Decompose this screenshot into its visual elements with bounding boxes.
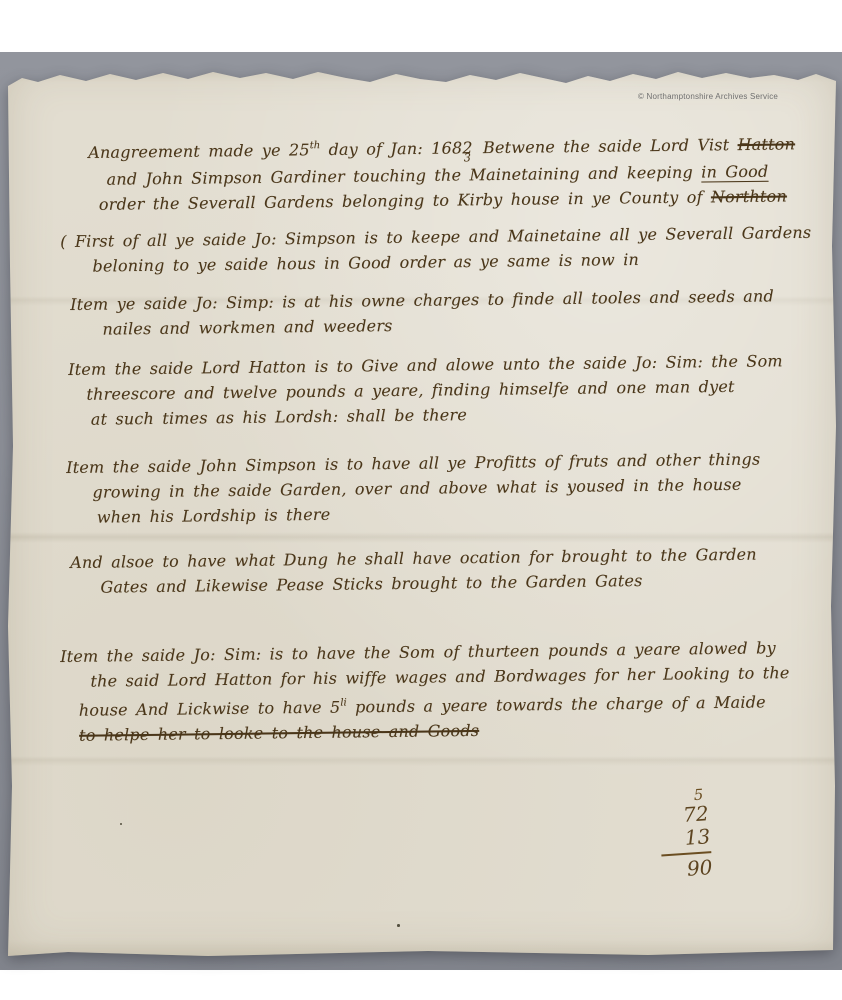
sum-addend: 13 <box>656 825 711 852</box>
archive-watermark: © Northamptonshire Archives Service <box>638 92 828 101</box>
text-run: threescore and twelve pounds a yeare, fi… <box>86 377 734 404</box>
ink-speck <box>120 823 122 825</box>
photo-frame: © Northamptonshire Archives Service Anag… <box>0 0 842 1000</box>
text-run: order the Severall Gardens belonging to … <box>99 187 711 213</box>
text-run: growing in the saide Garden, over and ab… <box>92 475 741 502</box>
clause-first: ( First of all ye saide Jo: Simpson is t… <box>60 220 812 279</box>
text-run: day of Jan: 1682 <box>320 138 473 159</box>
year-fraction: 3 <box>464 145 466 170</box>
text-run: Anagreement made ye 25 <box>88 140 310 162</box>
text-run: pounds a yeare towards the charge of a M… <box>347 692 766 716</box>
clause-wife-wages: Item the saide Jo: Sim: is to have the S… <box>60 635 790 748</box>
underlined-text: in Good <box>701 162 768 182</box>
superscript-text: th <box>310 140 321 151</box>
text-run: nailes and workmen and weeders <box>102 316 392 339</box>
text-run: at such times as his Lordsh: shall be th… <box>91 405 467 429</box>
agreement-heading: Anagreement made ye 25th day of Jan: 168… <box>88 127 796 217</box>
struck-text: Northton <box>711 186 787 206</box>
text-run: Betwene the saide Lord Vist <box>475 135 738 157</box>
text-run: when his Lordship is there <box>97 505 331 527</box>
sum-total: 90 <box>658 855 714 883</box>
text-run: house And Lickwise to have 5 <box>79 698 341 720</box>
text-run: Gates and Likewise Pease Sticks brought … <box>100 571 642 597</box>
clause-salary: Item the saide Lord Hatton is to Give an… <box>68 348 783 432</box>
ink-speck <box>397 924 400 927</box>
text-run: beloning to ye saide hous in Good order … <box>92 250 639 276</box>
paper-surface: © Northamptonshire Archives Service Anag… <box>8 66 836 956</box>
sum-column: 5 72 13 90 <box>653 786 713 883</box>
clause-dung: And alsoe to have what Dung he shall hav… <box>70 542 757 600</box>
clause-profits: Item the saide John Simpson is to have a… <box>66 447 761 530</box>
clause-tools: Item ye saide Jo: Simp: is at his owne c… <box>70 283 774 342</box>
struck-text: to helpe her to looke to the house and G… <box>79 721 479 745</box>
struck-text: Hatton <box>737 134 795 154</box>
ink-speck <box>568 486 570 488</box>
manuscript-paper: © Northamptonshire Archives Service Anag… <box>8 66 836 956</box>
